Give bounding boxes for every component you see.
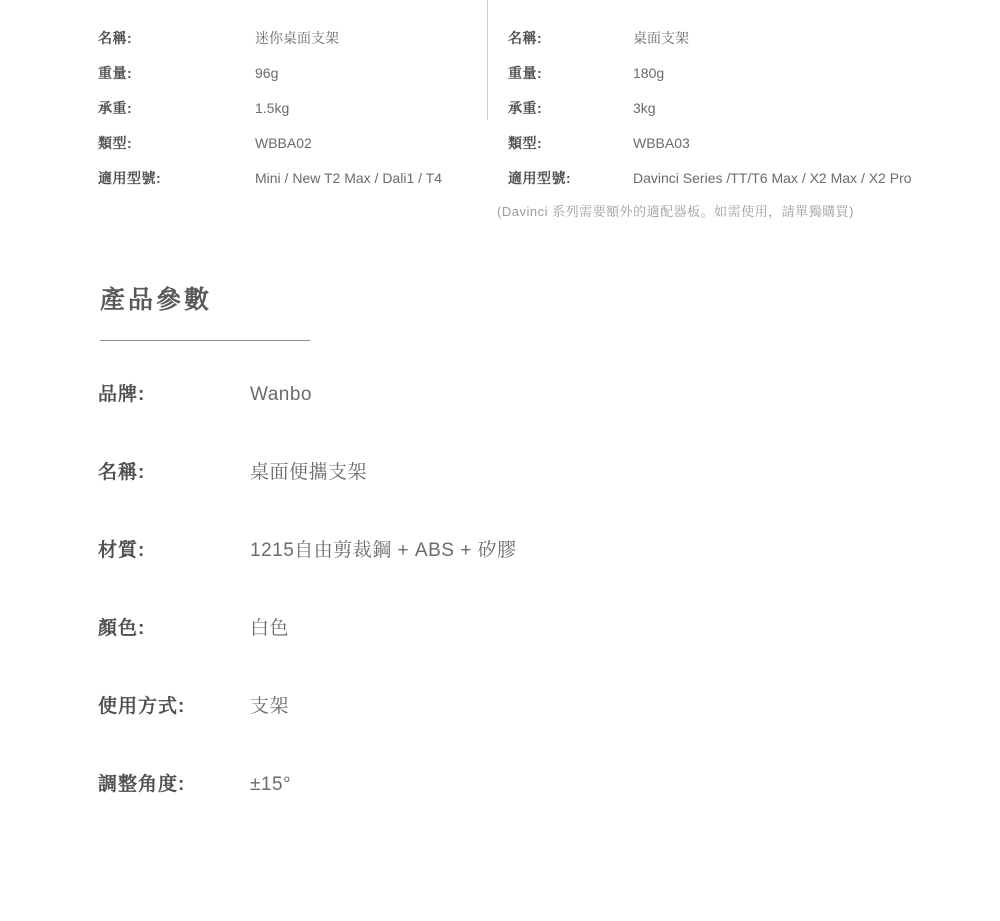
spec-value: 3kg <box>633 98 656 119</box>
spec-label: 承重: <box>508 98 633 119</box>
spec-row-weight: 重量: 180g <box>508 63 978 84</box>
param-label: 名稱: <box>98 459 250 487</box>
spec-row-type: 類型: WBBA02 <box>98 133 478 154</box>
param-row-material: 材質: 1215自由剪裁鋼 + ABS + 矽膠 <box>98 537 1000 565</box>
spec-row-name: 名稱: 桌面支架 <box>508 28 978 49</box>
spec-value: Mini / New T2 Max / Dali1 / T4 <box>255 168 442 189</box>
param-label: 顏色: <box>98 615 250 643</box>
title-underline <box>100 340 310 341</box>
param-value: ±15° <box>250 771 291 799</box>
param-value: 桌面便攜支架 <box>250 459 367 487</box>
param-label: 調整角度: <box>98 771 250 799</box>
adapter-note: (Davinci 系列需要額外的適配器板。如需使用，請單獨購買) <box>497 203 978 221</box>
param-value: 白色 <box>250 615 289 643</box>
spec-label: 承重: <box>98 98 255 119</box>
param-row-color: 顏色: 白色 <box>98 615 1000 643</box>
spec-comparison-section: 名稱: 迷你桌面支架 重量: 96g 承重: 1.5kg 類型: WBBA02 … <box>0 0 1000 250</box>
spec-row-name: 名稱: 迷你桌面支架 <box>98 28 478 49</box>
param-label: 使用方式: <box>98 693 250 721</box>
spec-value: WBBA02 <box>255 133 312 154</box>
spec-row-load: 承重: 3kg <box>508 98 978 119</box>
spec-value: 1.5kg <box>255 98 289 119</box>
spec-label: 名稱: <box>98 28 255 49</box>
spec-column-desktop-stand: 名稱: 桌面支架 重量: 180g 承重: 3kg 類型: WBBA03 適用型… <box>508 28 978 221</box>
spec-value: 迷你桌面支架 <box>255 28 339 49</box>
spec-label: 名稱: <box>508 28 633 49</box>
spec-row-compatible-models: 適用型號: Davinci Series /TT/T6 Max / X2 Max… <box>508 168 978 189</box>
spec-value: 96g <box>255 63 278 84</box>
spec-row-load: 承重: 1.5kg <box>98 98 478 119</box>
spec-label: 類型: <box>98 133 255 154</box>
param-row-brand: 品牌: Wanbo <box>98 381 1000 409</box>
spec-label: 重量: <box>98 63 255 84</box>
spec-row-type: 類型: WBBA03 <box>508 133 978 154</box>
spec-value: Davinci Series /TT/T6 Max / X2 Max / X2 … <box>633 168 912 189</box>
spec-value: 180g <box>633 63 664 84</box>
param-value: Wanbo <box>250 381 312 409</box>
product-params-section: 產品參數 品牌: Wanbo 名稱: 桌面便攜支架 材質: 1215自由剪裁鋼 … <box>0 282 1000 849</box>
param-row-adjust-angle: 調整角度: ±15° <box>98 771 1000 799</box>
product-spec-page: 名稱: 迷你桌面支架 重量: 96g 承重: 1.5kg 類型: WBBA02 … <box>0 0 1000 921</box>
spec-row-weight: 重量: 96g <box>98 63 478 84</box>
spec-label: 適用型號: <box>508 168 633 189</box>
spec-label: 重量: <box>508 63 633 84</box>
spec-row-compatible-models: 適用型號: Mini / New T2 Max / Dali1 / T4 <box>98 168 478 189</box>
section-title: 產品參數 <box>100 282 1000 318</box>
param-label: 品牌: <box>98 381 250 409</box>
spec-label: 類型: <box>508 133 633 154</box>
param-row-usage: 使用方式: 支架 <box>98 693 1000 721</box>
spec-label: 適用型號: <box>98 168 255 189</box>
spec-value: WBBA03 <box>633 133 690 154</box>
spec-column-mini-stand: 名稱: 迷你桌面支架 重量: 96g 承重: 1.5kg 類型: WBBA02 … <box>98 28 478 203</box>
spec-value: 桌面支架 <box>633 28 689 49</box>
params-list: 品牌: Wanbo 名稱: 桌面便攜支架 材質: 1215自由剪裁鋼 + ABS… <box>0 381 1000 799</box>
param-row-name: 名稱: 桌面便攜支架 <box>98 459 1000 487</box>
param-value: 1215自由剪裁鋼 + ABS + 矽膠 <box>250 537 517 565</box>
param-value: 支架 <box>250 693 289 721</box>
param-label: 材質: <box>98 537 250 565</box>
column-divider <box>487 0 488 120</box>
